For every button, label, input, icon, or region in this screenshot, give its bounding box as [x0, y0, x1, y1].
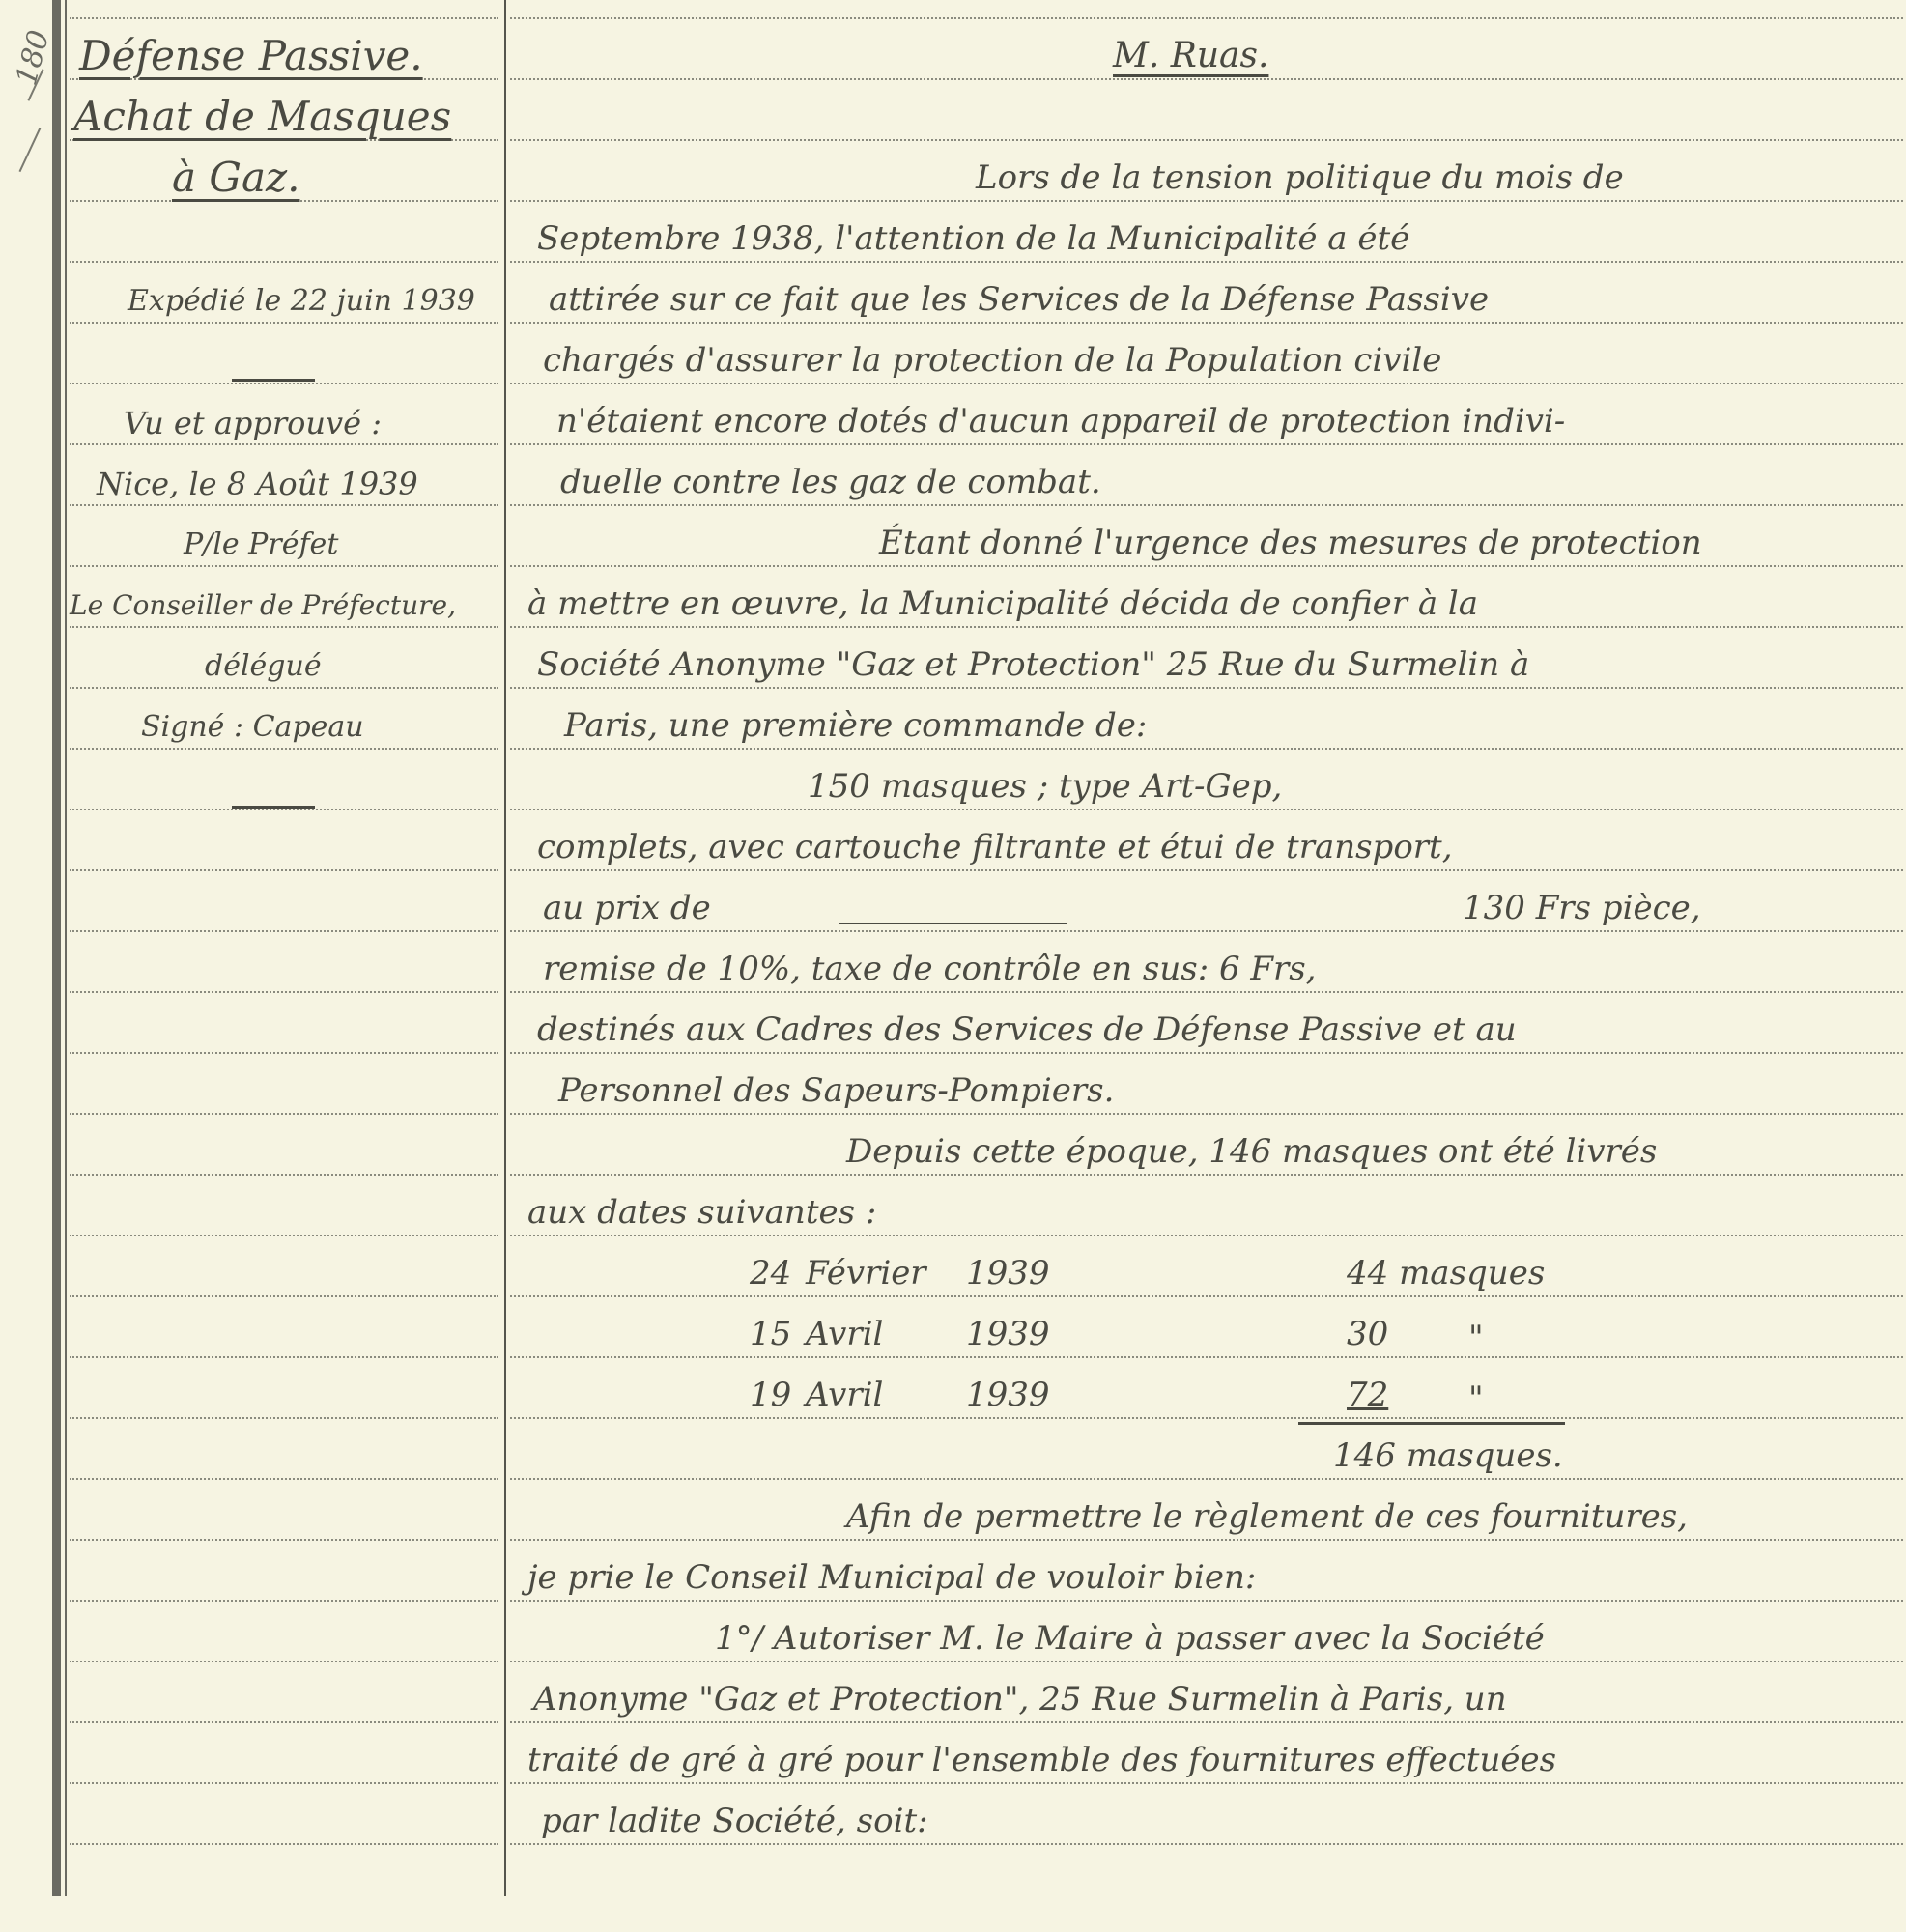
ruled-line: [70, 748, 498, 750]
ruled-line: [70, 1052, 498, 1054]
rapporteur-name: M. Ruas.: [1113, 37, 1268, 75]
ruled-line: [70, 322, 498, 324]
delivery-month: Février: [806, 1254, 926, 1293]
paragraph-1-line: attirée sur ce fait que les Services de …: [549, 280, 1489, 319]
item-1-line: 1°/ Autoriser M. le Maire à passer avec …: [715, 1619, 1545, 1658]
ruled-line: [70, 991, 498, 993]
paragraph-4-line: Afin de permettre le règlement de ces fo…: [846, 1497, 1688, 1536]
item-1-line: par ladite Société, soit:: [541, 1802, 928, 1840]
margin-slash-mark: [19, 128, 42, 172]
ruled-line: [510, 565, 1903, 567]
delivery-year: 1939: [966, 1254, 1050, 1293]
ruled-line: [70, 1600, 498, 1602]
paragraph-1-line: Lors de la tension politique du mois de: [976, 158, 1624, 197]
ruled-line: [510, 809, 1903, 810]
ruled-line: [70, 1174, 498, 1176]
ruled-line: [510, 1782, 1903, 1784]
left-thick-border: [52, 0, 61, 1896]
ruled-line: [510, 1600, 1903, 1602]
price-leader-line: [839, 923, 1067, 924]
delivery-year: 1939: [966, 1376, 1050, 1414]
order-destination: destinés aux Cadres des Services de Défe…: [537, 1010, 1517, 1049]
ruled-line: [510, 78, 1903, 80]
delivery-day: 15: [750, 1315, 791, 1353]
delivery-quantity: 72: [1347, 1376, 1388, 1414]
ruled-line: [510, 1356, 1903, 1358]
ruled-line: [510, 504, 1903, 506]
paragraph-3-line: Depuis cette époque, 146 masques ont été…: [846, 1132, 1657, 1171]
ruled-line: [510, 261, 1903, 263]
ruled-line: [510, 748, 1903, 750]
delivery-month: Avril: [806, 1315, 883, 1353]
ruled-line: [510, 17, 1903, 19]
ruled-line: [70, 1478, 498, 1480]
order-price-label: au prix de: [543, 889, 711, 927]
delivery-month: Avril: [806, 1376, 883, 1414]
ruled-line: [70, 565, 498, 567]
ruled-line: [70, 930, 498, 932]
ruled-line: [510, 322, 1903, 324]
paragraph-3-line: aux dates suivantes :: [527, 1193, 876, 1232]
deliveries-total: 146 masques.: [1333, 1436, 1563, 1475]
ruled-line: [510, 1417, 1903, 1419]
ditto-mark: ": [1468, 1319, 1484, 1357]
ruled-line: [70, 1782, 498, 1784]
approval-delegate: délégué: [205, 647, 322, 686]
delivery-day: 19: [750, 1376, 791, 1414]
ruled-line: [510, 1661, 1903, 1662]
separator-rule: [232, 806, 315, 809]
ruled-line: [70, 443, 498, 445]
ruled-line: [70, 869, 498, 871]
ruled-line: [510, 1478, 1903, 1480]
item-1-line: Anonyme "Gaz et Protection", 25 Rue Surm…: [533, 1680, 1507, 1719]
left-thin-border: [65, 0, 67, 1896]
ruled-line: [70, 1661, 498, 1662]
ruled-line: [70, 1356, 498, 1358]
sent-date: Expédié le 22 juin 1939: [128, 282, 475, 321]
ruled-line: [70, 1113, 498, 1115]
delivery-quantity: 44 masques: [1347, 1254, 1545, 1293]
delivery-quantity: 30: [1347, 1315, 1388, 1353]
approval-signature: Signé : Capeau: [141, 708, 364, 747]
ruled-line: [510, 991, 1903, 993]
order-details: complets, avec cartouche filtrante et ét…: [537, 828, 1453, 867]
order-destination: Personnel des Sapeurs-Pompiers.: [558, 1071, 1114, 1110]
column-divider: [504, 0, 506, 1896]
subject-title-line-2: Achat de Masques: [73, 98, 451, 136]
order-price-value: 130 Frs pièce,: [1463, 889, 1701, 927]
ruled-line: [510, 139, 1903, 141]
ruled-line: [70, 261, 498, 263]
delivery-day: 24: [750, 1254, 791, 1293]
ruled-line: [70, 504, 498, 506]
ruled-line: [70, 17, 498, 19]
order-item: 150 masques ; type Art-Gep,: [808, 767, 1282, 806]
ruled-line: [70, 1417, 498, 1419]
paragraph-2-line: à mettre en œuvre, la Municipalité décid…: [527, 584, 1478, 623]
paragraph-4-line: je prie le Conseil Municipal de vouloir …: [527, 1558, 1256, 1597]
paragraph-1-line: duelle contre les gaz de combat.: [560, 463, 1101, 501]
ruled-line: [510, 1174, 1903, 1176]
ruled-line: [510, 626, 1903, 628]
paragraph-2-line: Société Anonyme "Gaz et Protection" 25 R…: [537, 645, 1529, 684]
ruled-line: [510, 869, 1903, 871]
ruled-line: [510, 1539, 1903, 1541]
ruled-line: [510, 383, 1903, 384]
ruled-line: [510, 443, 1903, 445]
paragraph-2-line: Paris, une première commande de:: [564, 706, 1147, 745]
paragraph-1-line: chargés d'assurer la protection de la Po…: [543, 341, 1441, 380]
ruled-line: [510, 1721, 1903, 1723]
approval-role: Le Conseiller de Préfecture,: [70, 586, 456, 625]
register-page: 180 Défense Passive. Achat de Masques à …: [0, 0, 1906, 1932]
ruled-line: [70, 1721, 498, 1723]
ruled-line: [70, 809, 498, 810]
ruled-line: [70, 383, 498, 384]
ditto-mark: ": [1468, 1379, 1484, 1418]
ruled-line: [510, 1295, 1903, 1297]
paragraph-2-line: Étant donné l'urgence des mesures de pro…: [879, 524, 1702, 562]
delivery-year: 1939: [966, 1315, 1050, 1353]
ruled-line: [70, 1539, 498, 1541]
ruled-line: [510, 200, 1903, 202]
ruled-line: [70, 1843, 498, 1845]
approval-place-date: Nice, le 8 Août 1939: [97, 465, 418, 503]
subject-title-line-3: à Gaz.: [172, 158, 299, 197]
ruled-line: [70, 626, 498, 628]
ruled-line: [70, 1295, 498, 1297]
ruled-line: [510, 1235, 1903, 1236]
order-discount: remise de 10%, taxe de contrôle en sus: …: [543, 950, 1317, 988]
separator-rule: [232, 379, 315, 382]
paragraph-1-line: Septembre 1938, l'attention de la Munici…: [537, 219, 1409, 258]
subject-title-line-1: Défense Passive.: [79, 37, 423, 75]
ruled-line: [510, 1113, 1903, 1115]
ruled-line: [510, 930, 1903, 932]
ruled-line: [70, 687, 498, 689]
approval-label: Vu et approuvé :: [124, 404, 382, 442]
approval-for-prefect: P/le Préfet: [184, 526, 338, 564]
ruled-line: [70, 1235, 498, 1236]
paragraph-1-line: n'étaient encore dotés d'aucun appareil …: [556, 402, 1565, 440]
ruled-line: [510, 1843, 1903, 1845]
sum-rule: [1298, 1422, 1565, 1425]
ruled-line: [510, 1052, 1903, 1054]
item-1-line: traité de gré à gré pour l'ensemble des …: [527, 1741, 1556, 1779]
ruled-line: [510, 687, 1903, 689]
